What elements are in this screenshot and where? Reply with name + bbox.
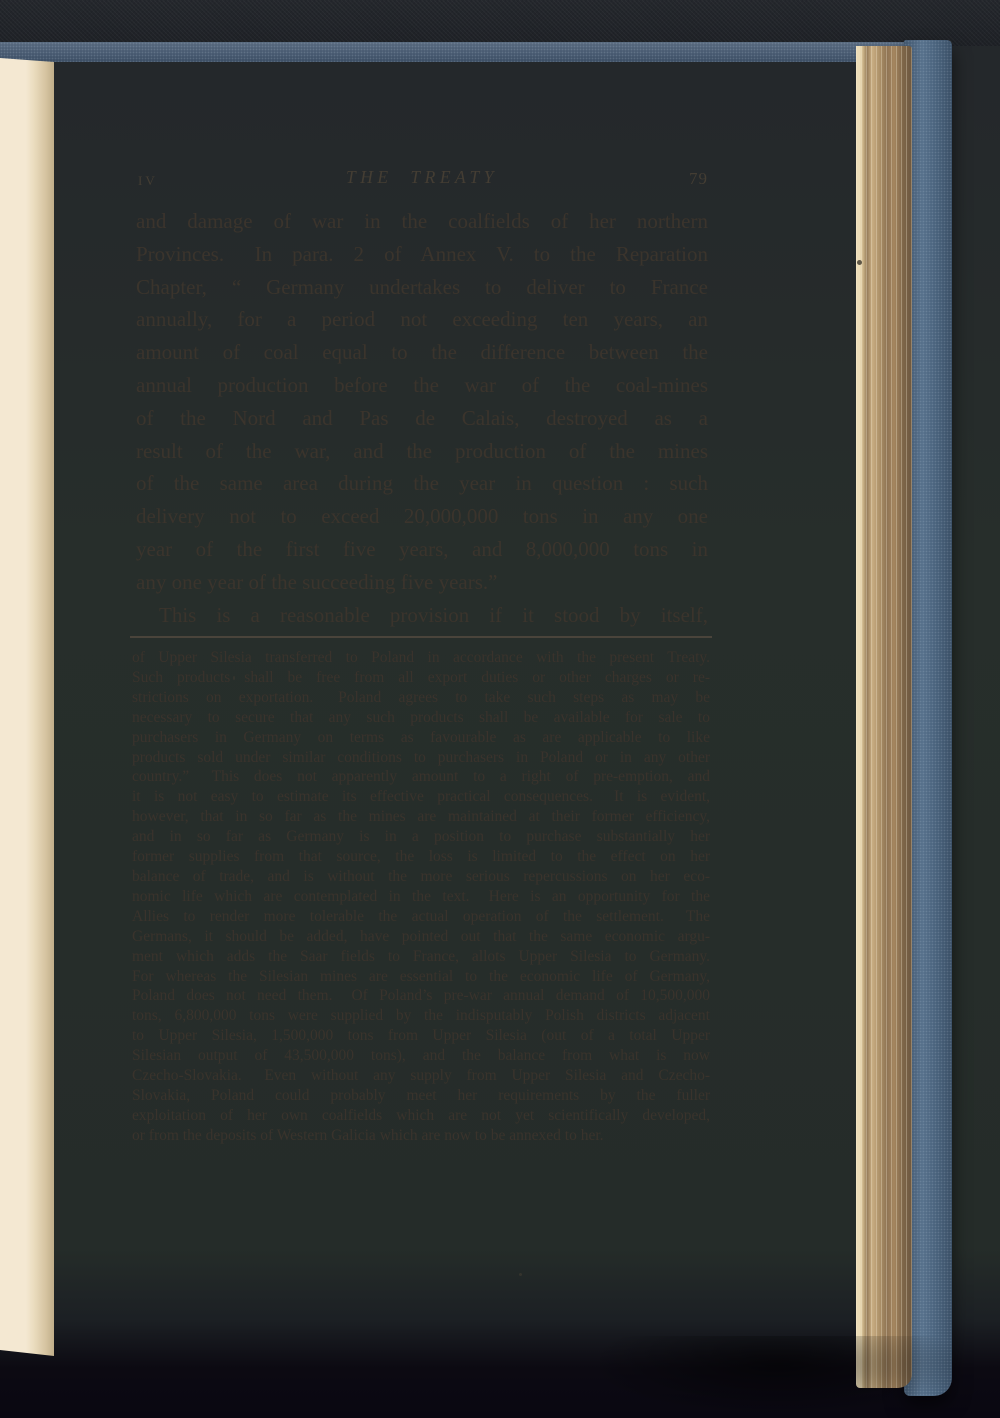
body-line: This is a reasonable provision if it sto… [136,599,708,632]
body-text: and damage of war in the coalfields of h… [136,205,708,631]
body-line: Provinces. In para. 2 of Annex V. to the… [136,238,708,271]
paper-speck [519,1273,522,1276]
body-line: any one year of the succeeding five year… [136,566,708,599]
body-line: of the same area during the year in ques… [136,467,708,500]
body-line: Chapter, “ Germany undertakes to deliver… [136,271,708,304]
footnote-line: Poland does not need them. Of Poland’s p… [132,986,710,1006]
body-line: annual production before the war of the … [136,369,708,402]
book-photo: IV THE TREATY 79 and damage of war in th… [0,0,1000,1418]
book-cover-top-edge [0,0,1000,46]
footnote-line: ment which adds the Saar fields to Franc… [132,947,710,967]
footnote-line: however, that in so far as the mines are… [132,807,710,827]
paper-speck [233,676,235,680]
footnote-text: of Upper Silesia transferred to Poland i… [132,648,710,1146]
footnote-line: necessary to secure that any such produc… [132,708,710,728]
footnote-line: and in so far as Germany is in a positio… [132,827,710,847]
page-number: 79 [136,169,708,189]
footnote-line: exploitation of her own coalfields which… [132,1106,710,1126]
footnote-line: Silesian output of 43,500,000 tons), and… [132,1046,710,1066]
footnote-line: balance of trade, and is without the mor… [132,867,710,887]
paper-speck [857,260,862,265]
body-line: result of the war, and the production of… [136,435,708,468]
book-page: IV THE TREATY 79 and damage of war in th… [46,44,878,1374]
footnote-line: it is not easy to estimate its effective… [132,787,710,807]
body-line: of the Nord and Pas de Calais, destroyed… [136,402,708,435]
footnote-line: nomic life which are contemplated in the… [132,887,710,907]
footnote-line: purchasers in Germany on terms as favour… [132,728,710,748]
body-line: annually, for a period not exceeding ten… [136,303,708,336]
facing-page-edge [0,50,54,1362]
footnote-line: For whereas the Silesian mines are essen… [132,967,710,987]
body-line: year of the first five years, and 8,000,… [136,533,708,566]
body-line: delivery not to exceed 20,000,000 tons i… [136,500,708,533]
footnote-rule [130,636,712,638]
footnote-line: Allies to render more tolerable the actu… [132,907,710,927]
body-line: and damage of war in the coalfields of h… [136,205,708,238]
footnote-line: Germans, it should be added, have pointe… [132,927,710,947]
footnote-line: of Upper Silesia transferred to Poland i… [132,648,710,668]
footnote-line: country.” This does not apparently amoun… [132,767,710,787]
footnote-line: tons, 6,800,000 tons were supplied by th… [132,1006,710,1026]
footnote-line: or from the deposits of Western Galicia … [132,1126,710,1146]
footnote-line: products sold under similar conditions t… [132,748,710,768]
footnote-line: former supplies from that source, the lo… [132,847,710,867]
footnote-line: Such products shall be free from all exp… [132,668,710,688]
footnote-line: to Upper Silesia, 1,500,000 tons from Up… [132,1026,710,1046]
footnote-line: Slovakia, Poland could probably meet her… [132,1086,710,1106]
footnote-line: strictions on exportation. Poland agrees… [132,688,710,708]
body-line: amount of coal equal to the difference b… [136,336,708,369]
footnote-line: Czecho-Slovakia. Even without any supply… [132,1066,710,1086]
